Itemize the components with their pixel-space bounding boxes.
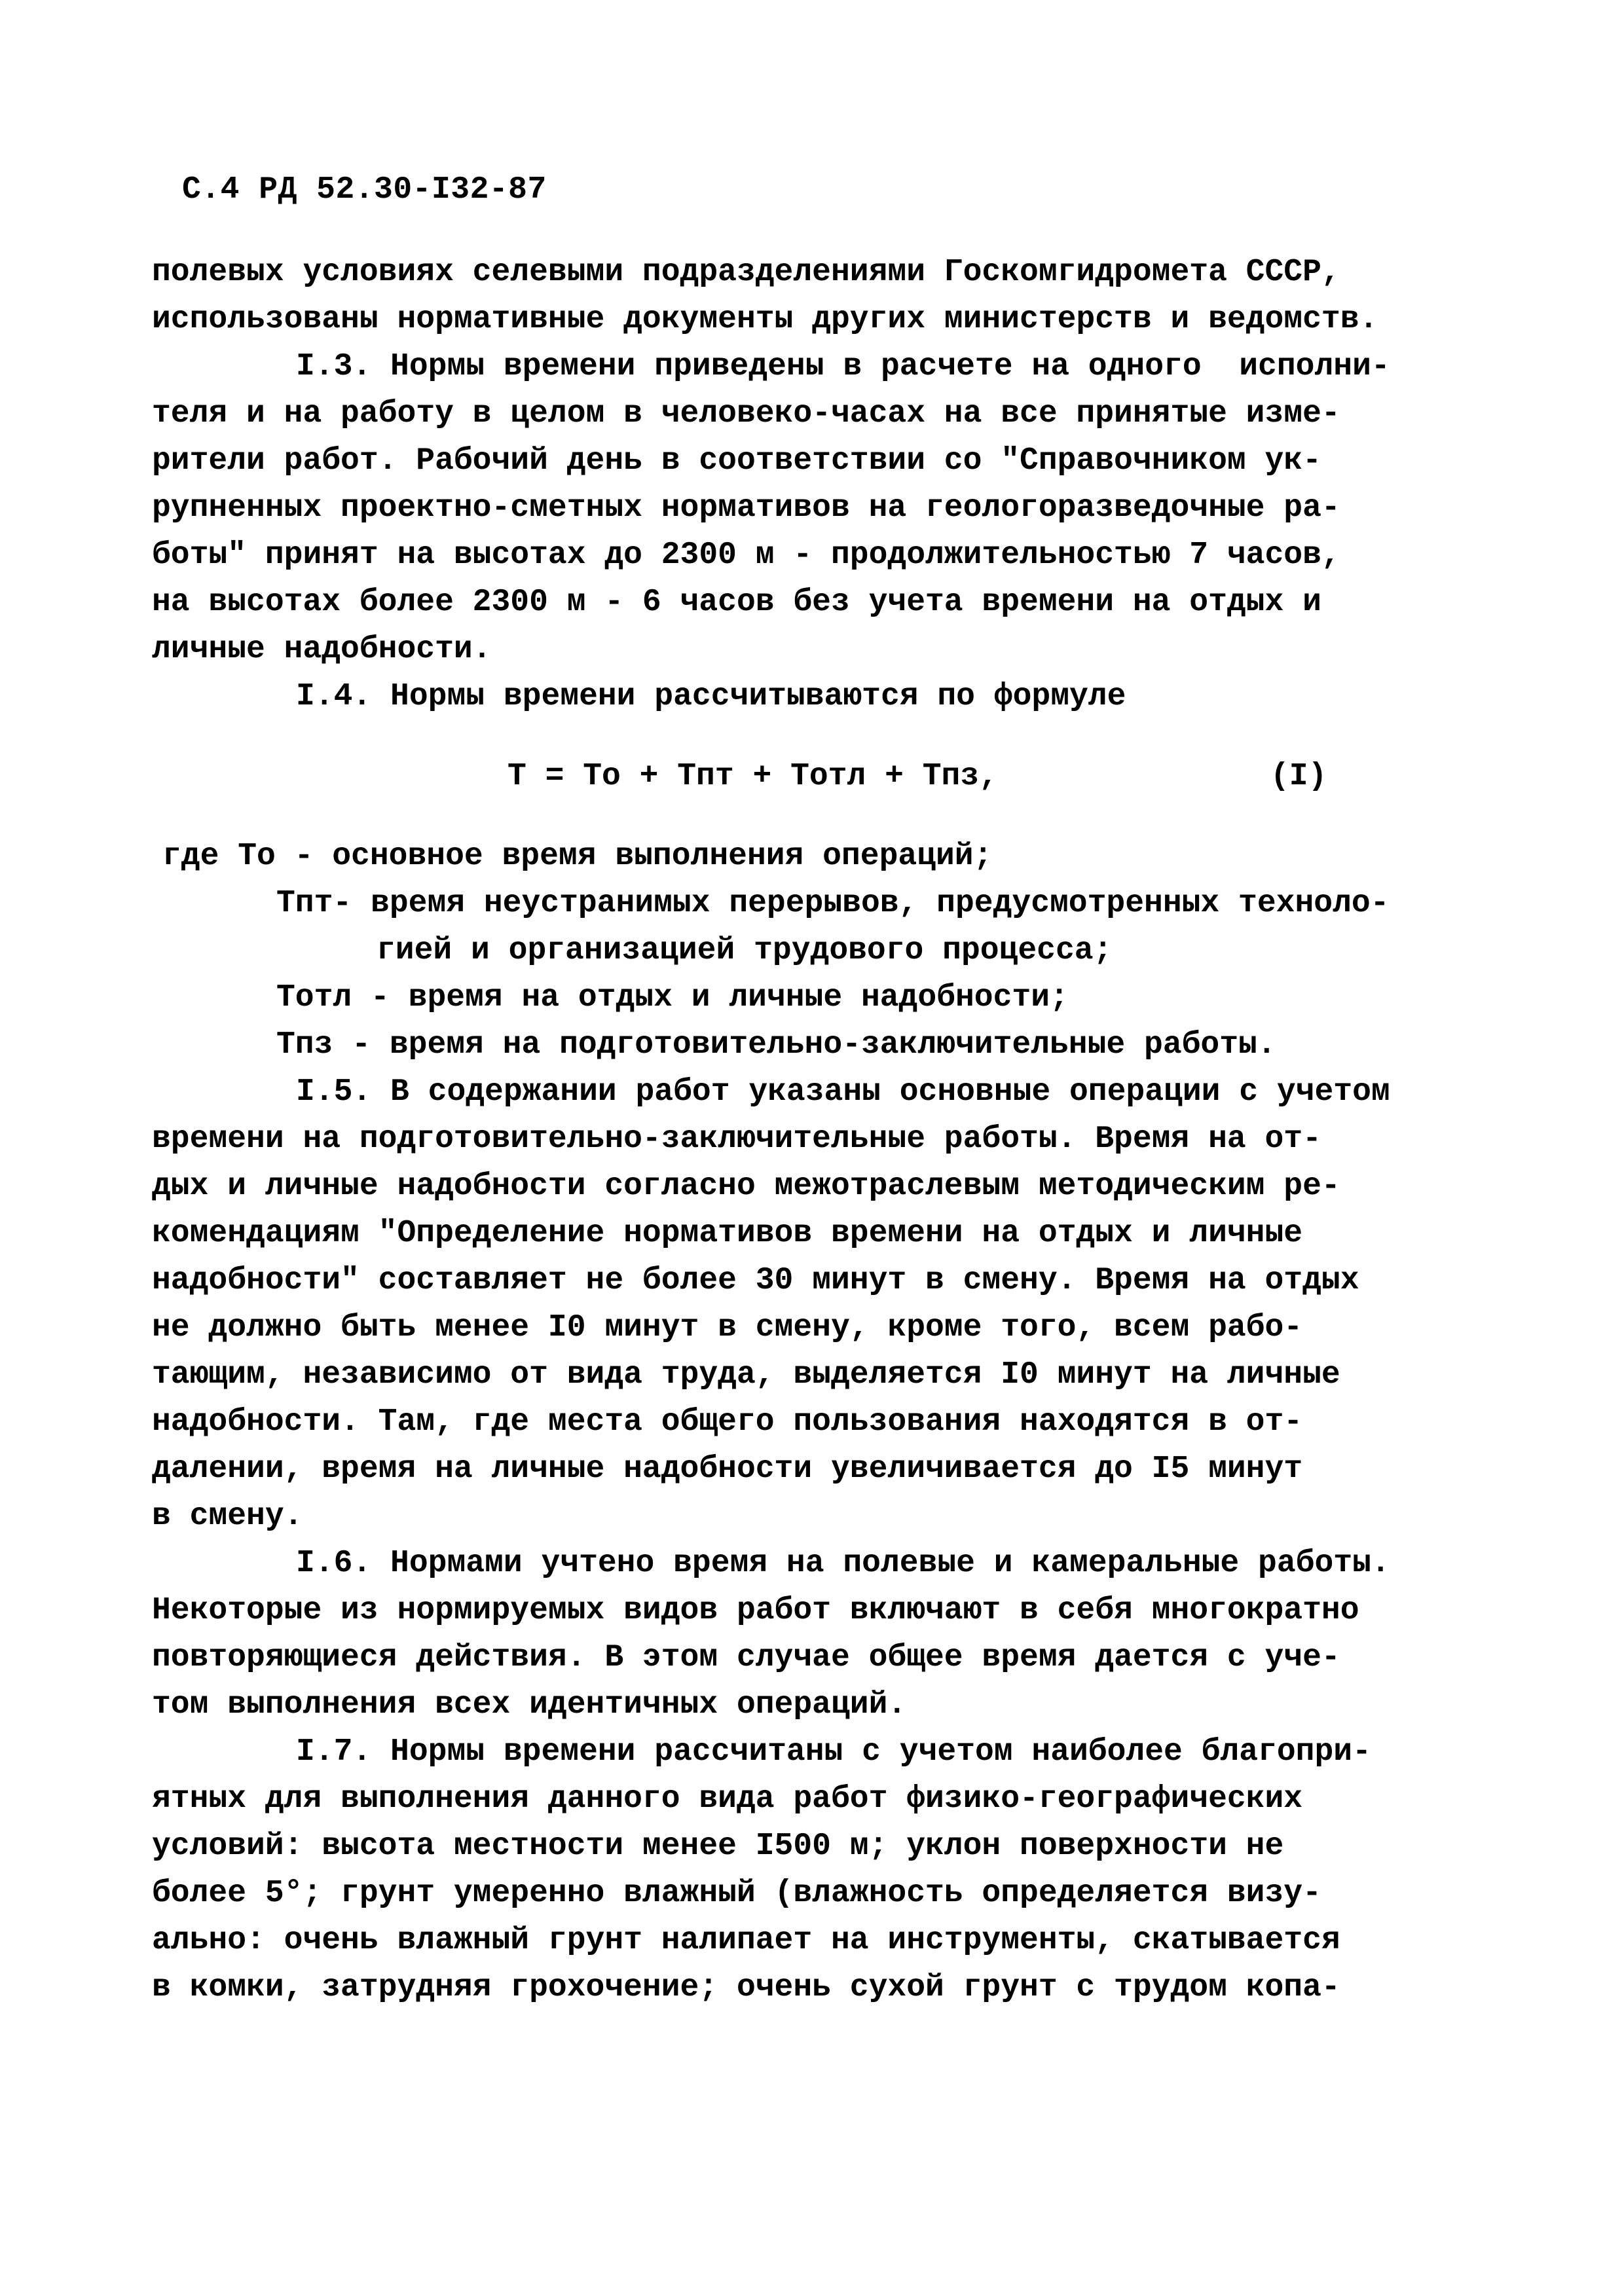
text-line: том выполнения всех идентичных операций. xyxy=(152,1681,1472,1728)
text-line: I.7. Нормы времени рассчитаны с учетом н… xyxy=(152,1728,1472,1776)
formula-line: Т = То + Тпт + Тотл + Тпз,(I) xyxy=(152,753,1472,800)
text-line: более 5°; грунт умеренно влажный (влажно… xyxy=(152,1870,1472,1917)
text-line: использованы нормативные документы други… xyxy=(152,296,1472,343)
formula-number: (I) xyxy=(1270,753,1327,800)
text-line: в смену. xyxy=(152,1493,1472,1540)
page-header: С.4 РД 52.30-I32-87 xyxy=(182,172,547,208)
formula-expression: Т = То + Тпт + Тотл + Тпз, xyxy=(507,753,998,800)
text-line: не должно быть менее I0 минут в смену, к… xyxy=(152,1304,1472,1351)
text-line: комендациям "Определение нормативов врем… xyxy=(152,1210,1472,1257)
text-line: Тотл - время на отдых и личные надобност… xyxy=(152,974,1472,1021)
text-line: I.5. В содержании работ указаны основные… xyxy=(152,1068,1472,1116)
text-line: где То - основное время выполнения опера… xyxy=(152,833,1472,880)
text-line: на высотах более 2300 м - 6 часов без уч… xyxy=(152,579,1472,626)
text-line: ятных для выполнения данного вида работ … xyxy=(152,1776,1472,1823)
text-line: I.3. Нормы времени приведены в расчете н… xyxy=(152,343,1472,390)
text-line: боты" принят на высотах до 2300 м - прод… xyxy=(152,532,1472,579)
text-line: условий: высота местности менее I500 м; … xyxy=(152,1823,1472,1870)
text-line: полевых условиях селевыми подразделениям… xyxy=(152,249,1472,296)
text-line: дых и личные надобности согласно межотра… xyxy=(152,1163,1472,1210)
text-line: гией и организацией трудового процесса; xyxy=(152,927,1472,974)
text-line: надобности. Там, где места общего пользо… xyxy=(152,1398,1472,1446)
text-line: ально: очень влажный грунт налипает на и… xyxy=(152,1917,1472,1964)
text-line: теля и на работу в целом в человеко-часа… xyxy=(152,390,1472,437)
text-line: далении, время на личные надобности увел… xyxy=(152,1446,1472,1493)
document-page: С.4 РД 52.30-I32-87 полевых условиях сел… xyxy=(0,0,1624,2296)
text-line: Некоторые из нормируемых видов работ вкл… xyxy=(152,1587,1472,1634)
text-line: тающим, независимо от вида труда, выделя… xyxy=(152,1351,1472,1398)
text-line: времени на подготовительно-заключительны… xyxy=(152,1116,1472,1163)
text-line: личные надобности. xyxy=(152,626,1472,673)
text-line: рители работ. Рабочий день в соответстви… xyxy=(152,437,1472,484)
text-line: в комки, затрудняя грохочение; очень сух… xyxy=(152,1964,1472,2011)
text-line: повторяющиеся действия. В этом случае об… xyxy=(152,1634,1472,1681)
text-line: I.6. Нормами учтено время на полевые и к… xyxy=(152,1540,1472,1587)
document-body: полевых условиях селевыми подразделениям… xyxy=(152,249,1472,2011)
text-line: Тпз - время на подготовительно-заключите… xyxy=(152,1021,1472,1068)
text-line: Тпт- время неустранимых перерывов, преду… xyxy=(152,880,1472,927)
text-line: надобности" составляет не более 30 минут… xyxy=(152,1257,1472,1304)
text-line: рупненных проектно-сметных нормативов на… xyxy=(152,484,1472,532)
text-line: I.4. Нормы времени рассчитываются по фор… xyxy=(152,673,1472,720)
